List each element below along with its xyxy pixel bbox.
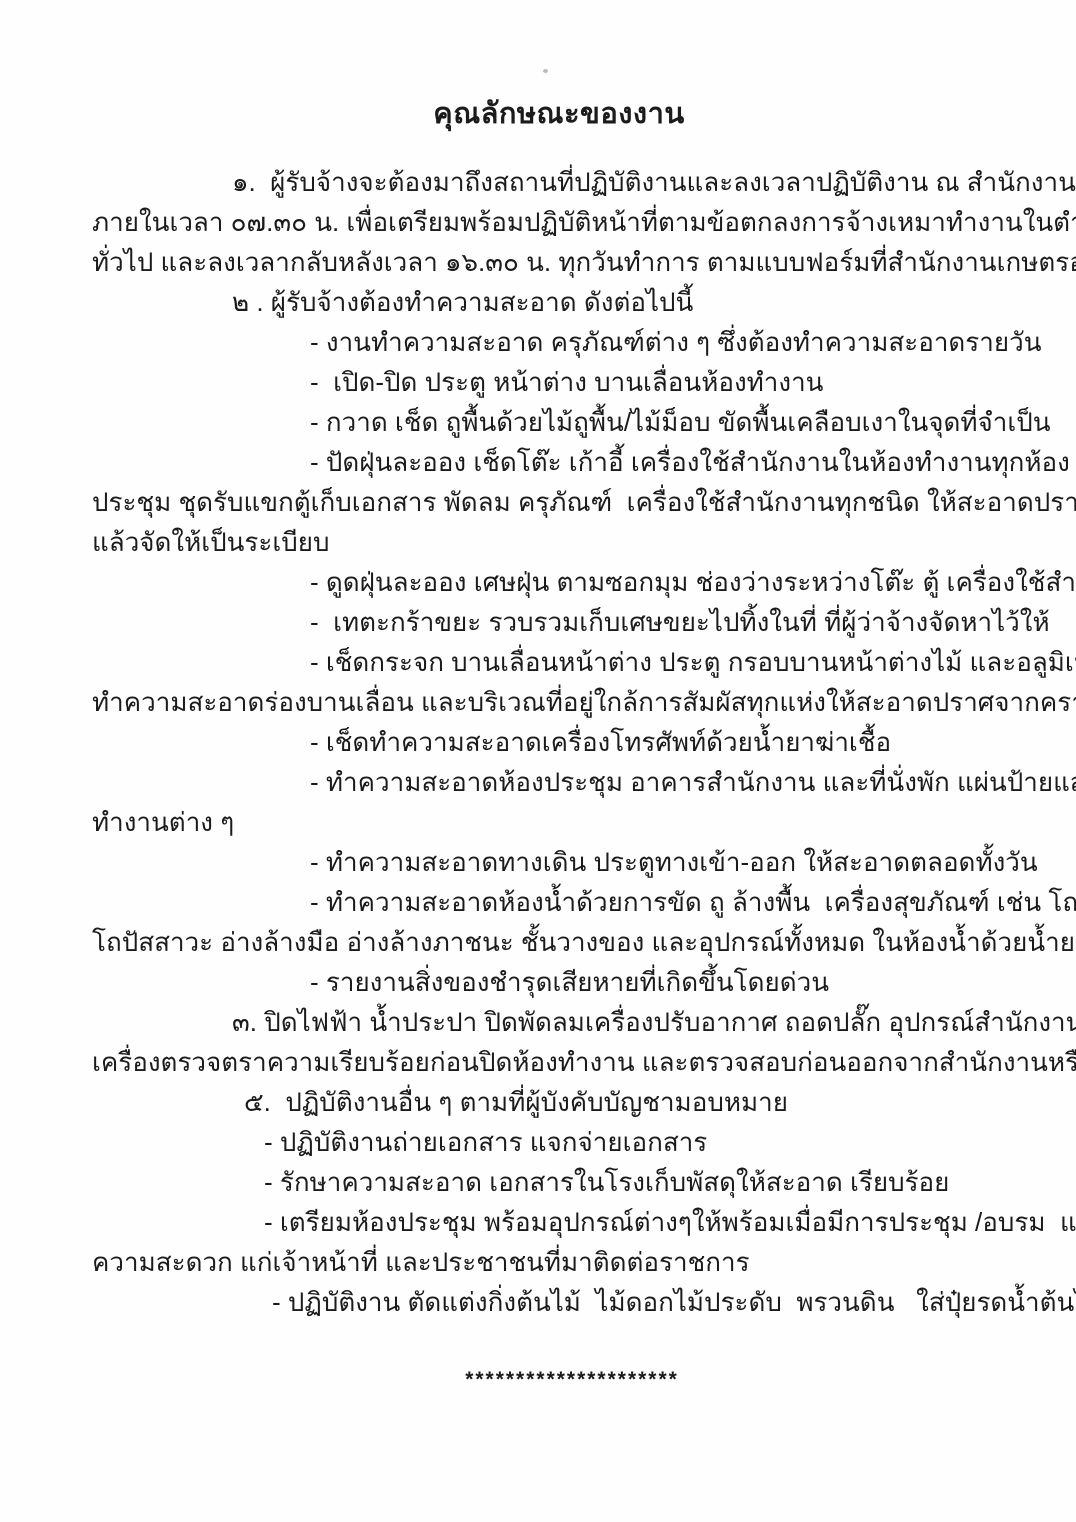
- text-line: ความสะดวก แก่เจ้าหน้าที่ และประชาชนที่มา…: [92, 1242, 1026, 1282]
- text-line: - ทำความสะอาดทางเดิน ประตูทางเข้า-ออก ให…: [92, 842, 1026, 882]
- text-line: - ดูดฝุ่นละออง เศษฝุ่น ตามซอกมุม ช่องว่า…: [92, 562, 1026, 602]
- text-line: ประชุม ชุดรับแขกตู้เก็บเอกสาร พัดลม ครุภ…: [92, 482, 1026, 522]
- text-line: - เช็ดกระจก บานเลื่อนหน้าต่าง ประตู กรอบ…: [92, 642, 1026, 682]
- text-line: - งานทำความสะอาด ครุภัณฑ์ต่าง ๆ ซึ่งต้อง…: [92, 322, 1026, 362]
- document-content: คุณลักษณะของงาน ๑. ผู้รับจ้างจะต้องมาถึง…: [92, 92, 1026, 1392]
- scanned-document-page: คุณลักษณะของงาน ๑. ผู้รับจ้างจะต้องมาถึง…: [0, 0, 1076, 1522]
- text-line: แล้วจัดให้เป็นระเบียบ: [92, 522, 1026, 562]
- text-line: เครื่องตรวจตราความเรียบร้อยก่อนปิดห้องทำ…: [92, 1042, 1026, 1082]
- text-line: - รายงานสิ่งของชำรุดเสียหายที่เกิดขึ้นโด…: [92, 962, 1026, 1002]
- text-line: - เช็ดทำความสะอาดเครื่องโทรศัพท์ด้วยน้ำย…: [92, 722, 1026, 762]
- text-line: โถปัสสาวะ อ่างล้างมือ อ่างล้างภาชนะ ชั้น…: [92, 922, 1026, 962]
- text-line: ภายในเวลา ๐๗.๓๐ น. เพื่อเตรียมพร้อมปฏิบั…: [92, 202, 1026, 242]
- text-line: - ทำความสะอาดห้องน้ำด้วยการขัด ถู ล้างพื…: [92, 882, 1026, 922]
- text-line: ๒ . ผู้รับจ้างต้องทำความสะอาด ดังต่อไปนี…: [92, 282, 1026, 322]
- text-line: - เตรียมห้องประชุม พร้อมอุปกรณ์ต่างๆให้พ…: [92, 1202, 1026, 1242]
- scan-speck: [543, 69, 548, 73]
- document-title: คุณลักษณะของงาน: [92, 92, 1026, 136]
- asterisk-separator: *********************: [92, 1368, 1026, 1392]
- text-line: - ปัดฝุ่นละออง เช็ดโต๊ะ เก้าอี้ เครื่องใ…: [92, 442, 1026, 482]
- text-line: - เทตะกร้าขยะ รวบรวมเก็บเศษขยะไปทิ้งในที…: [92, 602, 1026, 642]
- text-line: - เปิด-ปิด ประตู หน้าต่าง บานเลื่อนห้องท…: [92, 362, 1026, 402]
- text-line: ทำงานต่าง ๆ: [92, 802, 1026, 842]
- text-line: - ปฏิบัติงานถ่ายเอกสาร แจกจ่ายเอกสาร: [92, 1122, 1026, 1162]
- text-line: ๕. ปฏิบัติงานอื่น ๆ ตามที่ผู้บังคับบัญชา…: [92, 1082, 1026, 1122]
- document-body: ๑. ผู้รับจ้างจะต้องมาถึงสถานที่ปฏิบัติงา…: [92, 162, 1026, 1322]
- text-line: - กวาด เช็ด ถูพื้นด้วยไม้ถูพื้น/ไม้ม็อบ …: [92, 402, 1026, 442]
- text-line: - รักษาความสะอาด เอกสารในโรงเก็บพัสดุให้…: [92, 1162, 1026, 1202]
- text-line: - ทำความสะอาดห้องประชุม อาคารสำนักงาน แล…: [92, 762, 1026, 802]
- text-line: ทั่วไป และลงเวลากลับหลังเวลา ๑๖.๓๐ น. ทุ…: [92, 242, 1026, 282]
- text-line: - ปฏิบัติงาน ตัดแต่งกิ่งต้นไม้ ไม้ดอกไม้…: [92, 1282, 1026, 1322]
- text-line: ๓. ปิดไฟฟ้า น้ำประปา ปิดพัดลมเครื่องปรับ…: [92, 1002, 1026, 1042]
- text-line: ทำความสะอาดร่องบานเลื่อน และบริเวณที่อยู…: [92, 682, 1026, 722]
- text-line: ๑. ผู้รับจ้างจะต้องมาถึงสถานที่ปฏิบัติงา…: [92, 162, 1026, 202]
